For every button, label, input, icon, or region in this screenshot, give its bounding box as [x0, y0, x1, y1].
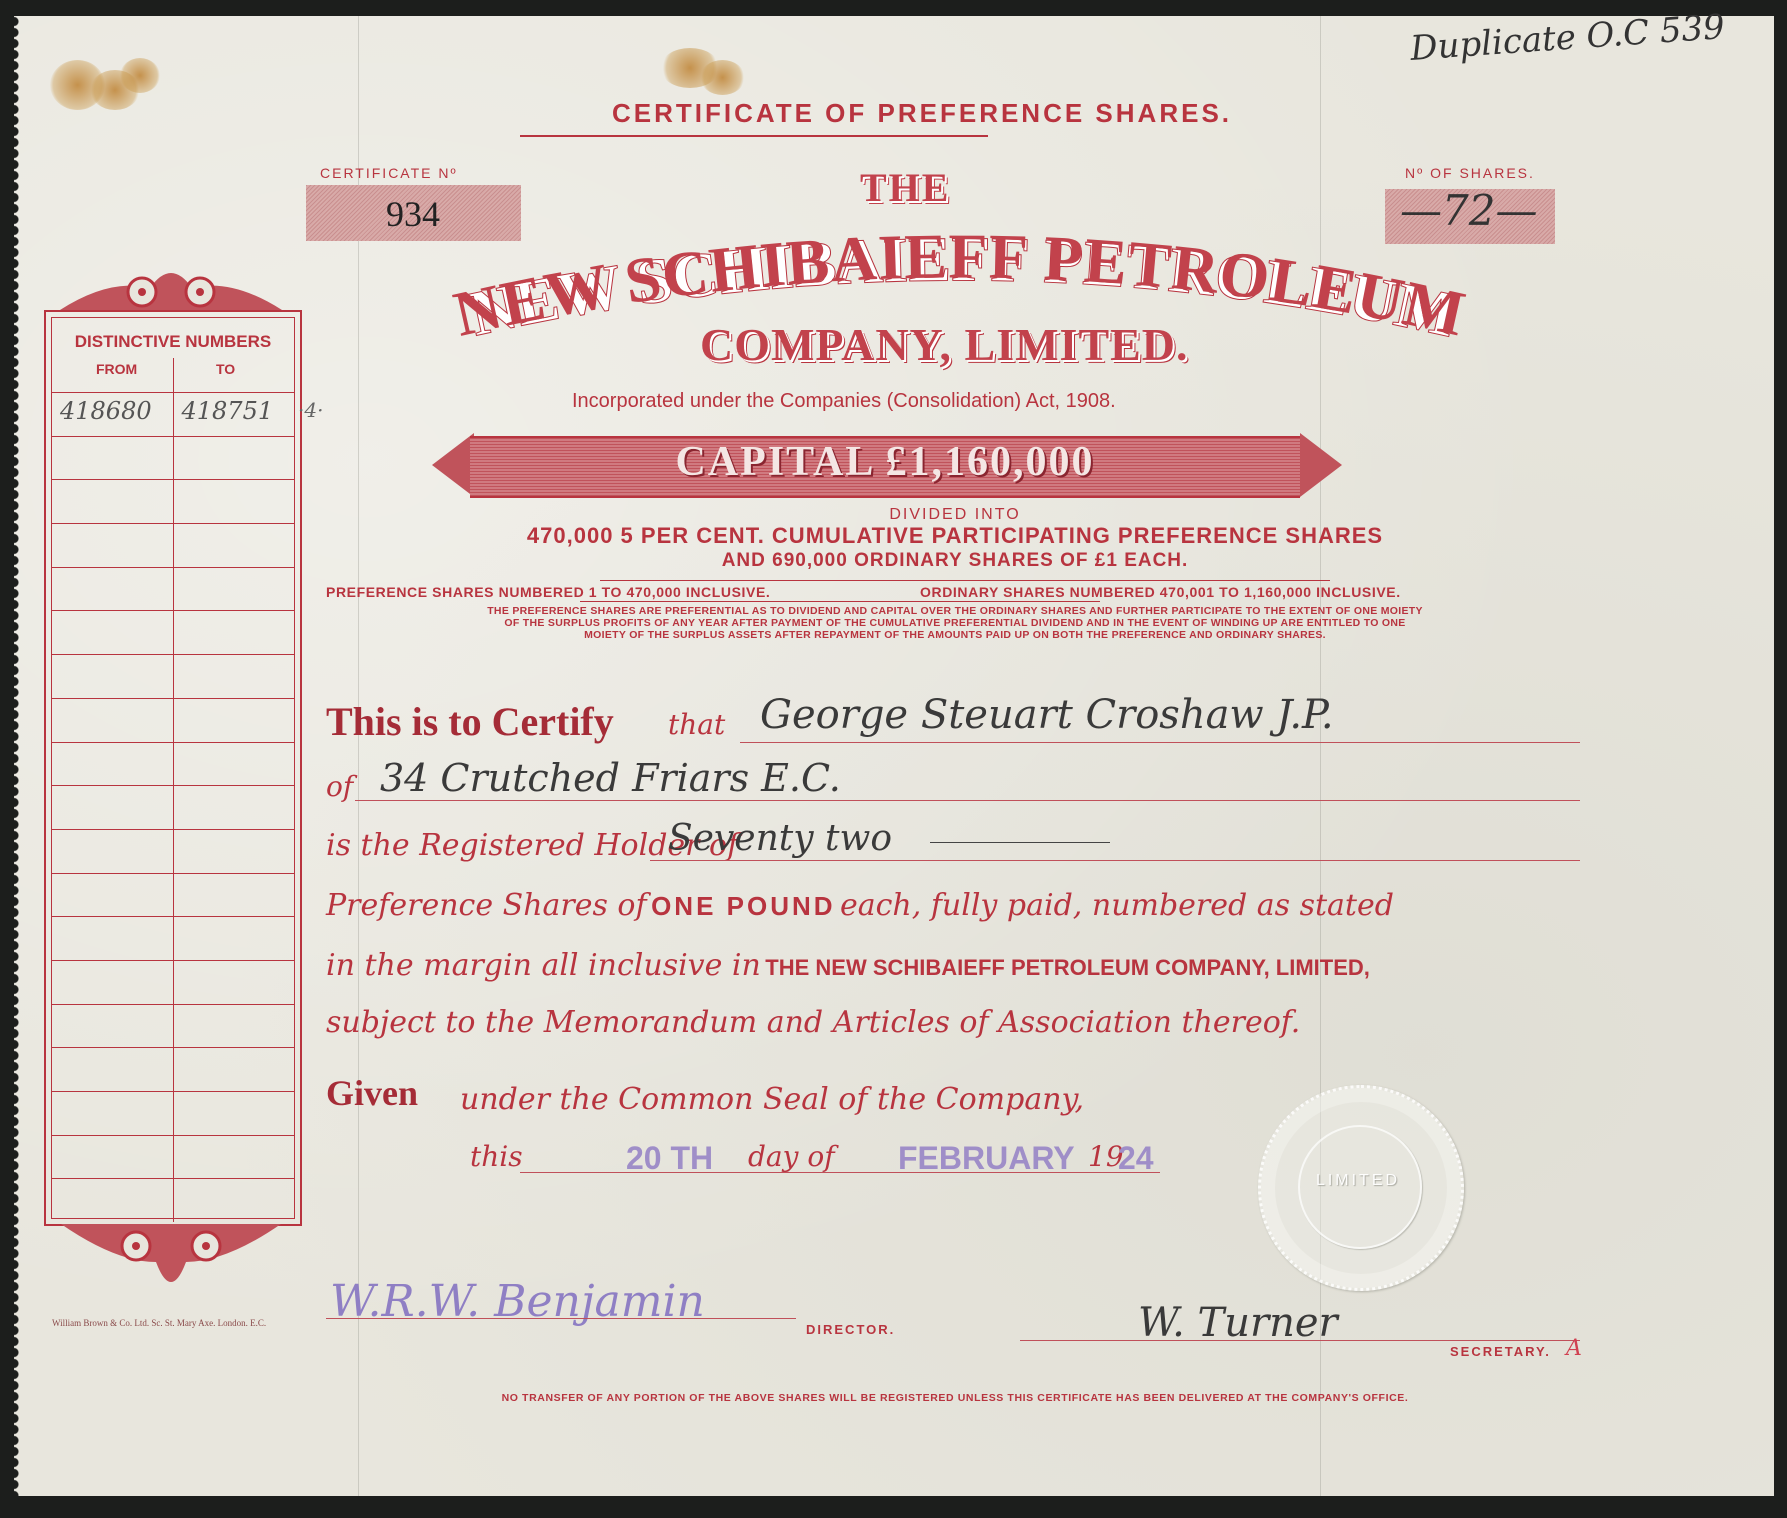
printer-imprint: William Brown & Co. Ltd. Sc. St. Mary Ax… — [52, 1318, 266, 1328]
address-line — [355, 800, 1580, 801]
secretary-sign-line — [1020, 1340, 1580, 1341]
share-count-line — [650, 860, 1580, 861]
table-row — [52, 610, 294, 654]
to-cell: 418751 — [174, 393, 295, 436]
divider-rule — [580, 601, 1100, 602]
body-line-6: subject to the Memorandum and Articles o… — [326, 1005, 1300, 1040]
table-row — [52, 1178, 294, 1222]
from-cell — [52, 917, 174, 960]
capital-amount: CAPITAL £1,160,000 — [470, 438, 1300, 486]
row-annotation: ·4· — [298, 398, 323, 422]
from-cell — [52, 524, 174, 567]
body-line-4: Preference Shares of ONE POUND each, ful… — [326, 888, 1394, 923]
from-cell — [52, 961, 174, 1004]
from-cell — [52, 611, 174, 654]
perforated-edge — [14, 16, 22, 1496]
from-cell: 418680 — [52, 393, 174, 436]
from-cell — [52, 480, 174, 523]
fine-print: THE PREFERENCE SHARES ARE PREFERENTIAL A… — [320, 605, 1590, 641]
header-underline — [520, 135, 988, 137]
share-count-words: Seventy two — [668, 818, 892, 859]
table-row — [52, 1004, 294, 1048]
table-row — [52, 479, 294, 523]
to-cell — [174, 480, 295, 523]
line4-end: each, fully paid, numbered as stated — [840, 888, 1394, 923]
table-row — [52, 698, 294, 742]
line5-start: in the margin all inclusive in — [326, 948, 761, 983]
table-row — [52, 960, 294, 1004]
table-row — [52, 654, 294, 698]
month-stamp: FEBRUARY — [898, 1140, 1075, 1177]
shares-count: —72— — [1400, 186, 1537, 235]
rust-stain — [120, 58, 160, 93]
fine-print-line: MOIETY OF THE SURPLUS ASSETS AFTER REPAY… — [320, 629, 1590, 641]
director-label: DIRECTOR. — [806, 1322, 895, 1337]
to-cell — [174, 874, 295, 917]
given-heading: Given — [326, 1072, 418, 1114]
certificate-number-label: CERTIFICATE Nº — [320, 165, 458, 181]
capital-ornament-left — [432, 433, 474, 497]
secretary-mark: A — [1566, 1336, 1582, 1361]
shares-count-label: Nº OF SHARES. — [1405, 165, 1535, 181]
to-cell — [174, 1179, 295, 1222]
line4-start: Preference Shares of — [326, 888, 647, 923]
from-cell — [52, 699, 174, 742]
table-row — [52, 742, 294, 786]
from-cell — [52, 830, 174, 873]
table-rows: 418680 418751 — [52, 392, 294, 1218]
body-line-5: in the margin all inclusive in THE NEW S… — [326, 948, 1370, 983]
table-row — [52, 829, 294, 873]
table-row — [52, 785, 294, 829]
table-row — [52, 436, 294, 480]
company-the: THE — [860, 164, 950, 211]
table-row — [52, 916, 294, 960]
to-cell — [174, 1136, 295, 1179]
from-cell — [52, 437, 174, 480]
bottom-ornament — [56, 1222, 286, 1302]
table-row: 418680 418751 — [52, 392, 294, 436]
from-cell — [52, 1179, 174, 1222]
table-row — [52, 1091, 294, 1135]
to-cell — [174, 917, 295, 960]
table-row — [52, 1047, 294, 1091]
of-text: of — [326, 770, 353, 803]
to-cell — [174, 1048, 295, 1091]
to-cell — [174, 743, 295, 786]
pen-dash — [930, 842, 1110, 843]
to-cell — [174, 524, 295, 567]
ordinary-numbering: ORDINARY SHARES NUMBERED 470,001 TO 1,16… — [920, 584, 1401, 600]
to-cell — [174, 830, 295, 873]
to-cell — [174, 699, 295, 742]
from-cell — [52, 655, 174, 698]
to-cell — [174, 961, 295, 1004]
table-title: DISTINCTIVE NUMBERS — [52, 332, 294, 352]
to-cell — [174, 611, 295, 654]
to-cell — [174, 568, 295, 611]
col-from-label: FROM — [96, 361, 137, 377]
divider-rule — [600, 580, 1330, 581]
fine-print-line: THE PREFERENCE SHARES ARE PREFERENTIAL A… — [320, 605, 1590, 617]
incorporation-text: Incorporated under the Companies (Consol… — [572, 390, 1116, 413]
day-of-text: day of — [748, 1140, 835, 1173]
certificate-number: 934 — [386, 193, 440, 235]
holder-name-line — [740, 742, 1580, 743]
from-cell — [52, 874, 174, 917]
header-title: CERTIFICATE OF PREFERENCE SHARES. — [612, 98, 1232, 129]
col-to-label: TO — [216, 361, 235, 377]
seal-inner-text: LIMITED — [1310, 1172, 1406, 1190]
this-text: this — [470, 1140, 523, 1173]
company-name-inline: THE NEW SCHIBAIEFF PETROLEUM COMPANY, LI… — [765, 955, 1370, 980]
secretary-label: SECRETARY. — [1450, 1344, 1551, 1359]
share-class-line-2: AND 690,000 ORDINARY SHARES OF £1 EACH. — [320, 550, 1590, 572]
from-cell — [52, 568, 174, 611]
holder-name: George Steuart Croshaw J.P. — [760, 692, 1334, 738]
to-cell — [174, 1092, 295, 1135]
table-row — [52, 873, 294, 917]
distinctive-numbers-table: DISTINCTIVE NUMBERS FROM TO 418680 41875… — [44, 310, 302, 1226]
from-cell — [52, 1005, 174, 1048]
from-cell — [52, 1048, 174, 1091]
from-cell — [52, 1092, 174, 1135]
to-cell — [174, 655, 295, 698]
day-stamp: 20 TH — [626, 1140, 713, 1177]
transfer-notice: NO TRANSFER OF ANY PORTION OF THE ABOVE … — [320, 1392, 1590, 1404]
from-cell — [52, 786, 174, 829]
that-text: that — [668, 708, 725, 741]
to-cell — [174, 1005, 295, 1048]
to-cell — [174, 786, 295, 829]
rust-stain — [700, 60, 745, 95]
share-class-line-1: 470,000 5 PER CENT. CUMULATIVE PARTICIPA… — [320, 523, 1590, 549]
given-text: under the Common Seal of the Company, — [460, 1082, 1084, 1117]
certify-heading: This is to Certify — [326, 698, 614, 745]
director-sign-line — [326, 1318, 796, 1319]
preference-numbering: PREFERENCE SHARES NUMBERED 1 TO 470,000 … — [326, 584, 770, 600]
fine-print-line: OF THE SURPLUS PROFITS OF ANY YEAR AFTER… — [320, 617, 1590, 629]
from-cell — [52, 1136, 174, 1179]
one-pound: ONE POUND — [651, 891, 835, 921]
holder-address: 34 Crutched Friars E.C. — [380, 756, 841, 800]
table-row — [52, 567, 294, 611]
table-row — [52, 1135, 294, 1179]
top-ornament — [50, 258, 292, 314]
from-cell — [52, 743, 174, 786]
to-cell — [174, 437, 295, 480]
director-signature: W.R.W. Benjamin — [330, 1276, 705, 1327]
year-stamp: 24 — [1118, 1140, 1154, 1177]
capital-ornament-right — [1300, 433, 1342, 497]
divided-into: DIVIDED INTO — [320, 506, 1590, 524]
table-row — [52, 523, 294, 567]
company-suffix: COMPANY, LIMITED. — [700, 318, 1189, 371]
